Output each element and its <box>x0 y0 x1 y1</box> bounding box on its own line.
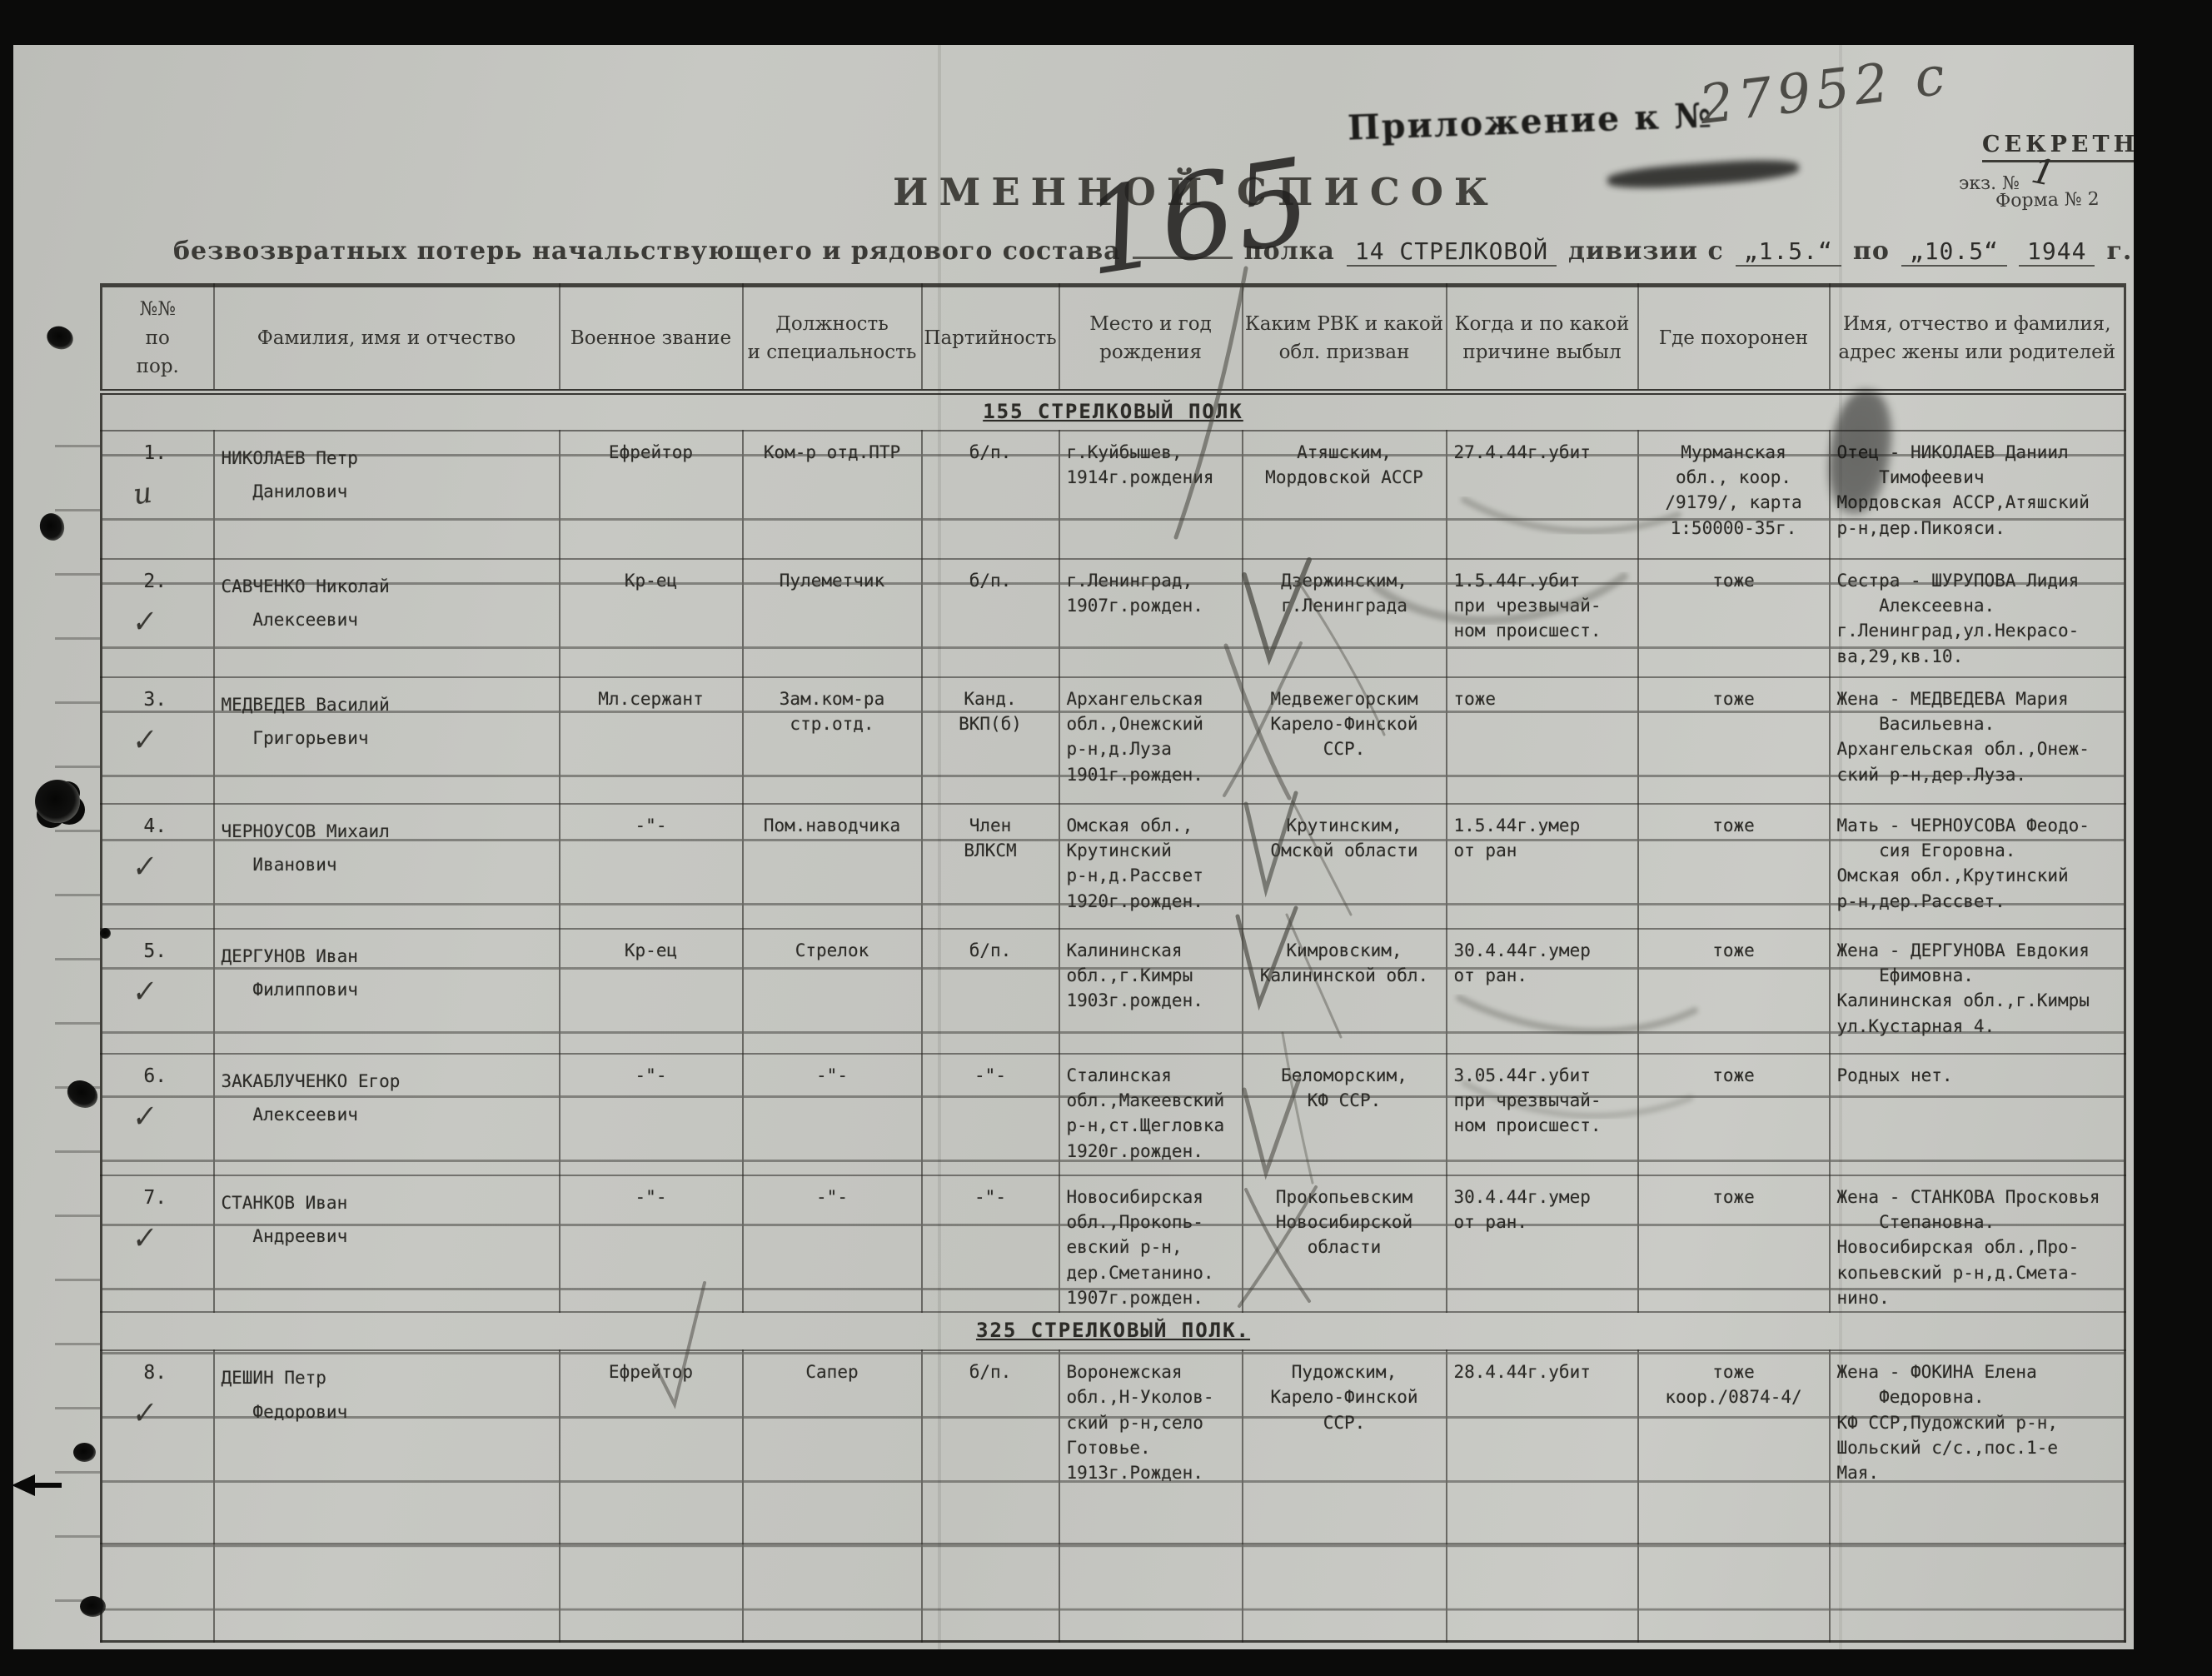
cell-name: ДЕРГУНОВ Иван Филиппович <box>214 929 560 1054</box>
cell-rvk: Дзержинским, г.Ленинграда <box>1243 559 1447 677</box>
cell-num: 5.✓ <box>102 929 214 1054</box>
cell-name: САВЧЕНКО Николай Алексеевич <box>214 559 560 677</box>
empty-cell <box>1638 1544 1830 1642</box>
cell-num: 8.✓ <box>102 1350 214 1544</box>
row-number: 4. <box>143 816 167 837</box>
handwritten-checkmark: ✓ <box>102 845 185 889</box>
handwritten-checkmark: ✓ <box>102 1392 185 1436</box>
table-row: 7.✓ СТАНКОВ Иван Андреевич -"- -"- -"- Н… <box>102 1175 2125 1312</box>
cell-num: 6.✓ <box>102 1054 214 1175</box>
cell-name: ЧЕРНОУСОВ Михаил Иванович <box>214 804 560 929</box>
cell-party: б/п. <box>922 929 1059 1054</box>
header-rank: Военное звание <box>560 286 743 392</box>
cell-name: СТАНКОВ Иван Андреевич <box>214 1175 560 1312</box>
cell-position: Пом.наводчика <box>743 804 922 929</box>
cell-party: б/п. <box>922 559 1059 677</box>
cell-num: 1.и <box>102 431 214 559</box>
cell-rvk: Медвежегорским Карело-Финской ССР. <box>1243 677 1447 804</box>
cell-fate: 30.4.44г.умер от ран. <box>1447 1175 1638 1312</box>
header-name: Фамилия, имя и отчество <box>214 286 560 392</box>
cell-name: НИКОЛАЕВ Петр Данилович <box>214 431 560 559</box>
table-row: 2.✓ САВЧЕНКО Николай Алексеевич Кр-ец Пу… <box>102 559 2125 677</box>
section-row-155: 155 СТРЕЛКОВЫЙ ПОЛК <box>102 392 2125 431</box>
cell-rank: Мл.сержант <box>560 677 743 804</box>
cell-burial: тоже <box>1638 929 1830 1054</box>
cell-position: -"- <box>743 1175 922 1312</box>
table-row: 3.✓ МЕДВЕДЕВ Василий Григорьевич Мл.серж… <box>102 677 2125 804</box>
cell-num: 2.✓ <box>102 559 214 677</box>
header-party: Партийность <box>922 286 1059 392</box>
cell-position: Сапер <box>743 1350 922 1544</box>
division-value: 14 СТРЕЛКОВОЙ <box>1347 237 1557 267</box>
cell-fate: 28.4.44г.убит <box>1447 1350 1638 1544</box>
header-num: №№ по пор. <box>102 286 214 392</box>
empty-cell <box>743 1544 922 1642</box>
section-title: 155 СТРЕЛКОВЫЙ ПОЛК <box>102 392 2125 431</box>
header-family: Имя, отчество и фамилия, адрес жены или … <box>1830 286 2125 392</box>
cell-birth: Сталинская обл.,Макеевский р-н,ст.Щеглов… <box>1059 1054 1243 1175</box>
table-body: 155 СТРЕЛКОВЫЙ ПОЛК 1.и НИКОЛАЕВ Петр Да… <box>102 392 2125 1642</box>
casualty-table: №№ по пор. Фамилия, имя и отчество Военн… <box>100 283 2124 1643</box>
cell-birth: Архангельская обл.,Онежский р-н,д.Луза 1… <box>1059 677 1243 804</box>
cell-rvk: Пудожским, Карело-Финской ССР. <box>1243 1350 1447 1544</box>
empty-cell <box>1830 1544 2125 1642</box>
header-fate: Когда и по какой причине выбыл <box>1447 286 1638 392</box>
punch-hole <box>73 1443 96 1462</box>
cell-position: Пулеметчик <box>743 559 922 677</box>
cell-rvk: Атяшским, Мордовской АССР <box>1243 431 1447 559</box>
section-title: 325 СТРЕЛКОВЫЙ ПОЛК. <box>102 1312 2125 1350</box>
cell-position: Ком-р отд.ПТР <box>743 431 922 559</box>
empty-cell <box>922 1544 1059 1642</box>
subtitle-division-label: дивизии с <box>1568 237 1724 266</box>
section-155-label: 155 СТРЕЛКОВЫЙ ПОЛК <box>983 400 1243 423</box>
cell-num: 7.✓ <box>102 1175 214 1312</box>
cell-family: Сестра - ШУРУПОВА Лидия Алексеевна. г.Ле… <box>1830 559 2125 677</box>
cell-birth: Воронежская обл.,Н-Уколов- ский р-н,село… <box>1059 1350 1243 1544</box>
cell-family: Жена - ФОКИНА Елена Федоровна. КФ ССР,Пу… <box>1830 1350 2125 1544</box>
cell-rank: Ефрейтор <box>560 1350 743 1544</box>
scan-border <box>2134 0 2212 1676</box>
table-row: 5.✓ ДЕРГУНОВ Иван Филиппович Кр-ец Стрел… <box>102 929 2125 1054</box>
cell-name: МЕДВЕДЕВ Василий Григорьевич <box>214 677 560 804</box>
cell-rank: Ефрейтор <box>560 431 743 559</box>
year-value: 1944 <box>2019 237 2095 267</box>
cell-birth: Новосибирская обл.,Прокопь- евский р-н, … <box>1059 1175 1243 1312</box>
empty-cell <box>560 1544 743 1642</box>
handwritten-checkmark: ✓ <box>102 1095 185 1139</box>
header-birth: Место и год рождения <box>1059 286 1243 392</box>
row-number: 5. <box>143 940 167 962</box>
handwritten-checkmark: и <box>102 471 185 516</box>
cell-position: Стрелок <box>743 929 922 1054</box>
header-rvk: Каким РВК и какой обл. призван <box>1243 286 1447 392</box>
row-number: 7. <box>143 1187 167 1209</box>
ink-mark-arrow <box>12 1474 65 1496</box>
empty-cell <box>1243 1544 1447 1642</box>
handwritten-checkmark: ✓ <box>102 970 185 1014</box>
cell-rank: Кр-ец <box>560 559 743 677</box>
row-number: 2. <box>143 571 167 592</box>
empty-row <box>102 1544 2125 1642</box>
cell-rank: -"- <box>560 804 743 929</box>
cell-fate: 1.5.44г.убит при чрезвычай- ном происшес… <box>1447 559 1638 677</box>
row-number: 3. <box>143 689 167 711</box>
cell-position: -"- <box>743 1054 922 1175</box>
cell-burial: тоже <box>1638 677 1830 804</box>
header-burial: Где похоронен <box>1638 286 1830 392</box>
ink-blot <box>35 780 80 823</box>
cell-burial: тоже <box>1638 559 1830 677</box>
cell-rank: Кр-ец <box>560 929 743 1054</box>
ruled-margin-lines <box>55 383 100 1628</box>
name-list-table: №№ по пор. Фамилия, имя и отчество Военн… <box>100 283 2126 1643</box>
header-position: Должность и специальность <box>743 286 922 392</box>
table-header: №№ по пор. Фамилия, имя и отчество Военн… <box>102 286 2125 392</box>
table-row: 4.✓ ЧЕРНОУСОВ Михаил Иванович -"- Пом.на… <box>102 804 2125 929</box>
cell-burial: тоже <box>1638 1054 1830 1175</box>
section-row-325: 325 СТРЕЛКОВЫЙ ПОЛК. <box>102 1312 2125 1350</box>
row-number: 8. <box>143 1362 167 1384</box>
form-number-label: Форма № 2 <box>1995 189 2100 212</box>
cell-burial: тоже <box>1638 1175 1830 1312</box>
cell-family: Родных нет. <box>1830 1054 2125 1175</box>
empty-cell <box>214 1544 560 1642</box>
cell-burial: тоже коор./0874-4/ <box>1638 1350 1830 1544</box>
scan-border <box>0 1649 2212 1676</box>
cell-fate: 1.5.44г.умер от ран <box>1447 804 1638 929</box>
cell-fate: 3.05.44г.убит при чрезвычай- ном происше… <box>1447 1054 1638 1175</box>
cell-rvk: Крутинским, Омской области <box>1243 804 1447 929</box>
cell-name: ДЕШИН Петр Федорович <box>214 1350 560 1544</box>
cell-name: ЗАКАБЛУЧЕНКО Егор Алексеевич <box>214 1054 560 1175</box>
scan-border <box>0 0 13 1676</box>
table-row: 8.✓ ДЕШИН Петр Федорович Ефрейтор Сапер … <box>102 1350 2125 1544</box>
cell-rvk: Прокопьевским Новосибирской области <box>1243 1175 1447 1312</box>
cell-birth: Омская обл., Крутинский р-н,д.Рассвет 19… <box>1059 804 1243 929</box>
cell-birth: Калининская обл.,г.Кимры 1903г.рожден. <box>1059 929 1243 1054</box>
cell-party: -"- <box>922 1175 1059 1312</box>
cell-fate: 30.4.44г.умер от ран. <box>1447 929 1638 1054</box>
handwritten-checkmark: ✓ <box>102 1216 185 1260</box>
cell-rvk: Кимровским, Калининской обл. <box>1243 929 1447 1054</box>
cell-rank: -"- <box>560 1054 743 1175</box>
cell-birth: г.Ленинград, 1907г.рожден. <box>1059 559 1243 677</box>
row-number: 1. <box>143 442 167 464</box>
cell-party: б/п. <box>922 1350 1059 1544</box>
scanned-document: Приложение к № 27952 с СЕКРЕТНО экз. № 1… <box>0 0 2212 1676</box>
table-row: 6.✓ ЗАКАБЛУЧЕНКО Егор Алексеевич -"- -"-… <box>102 1054 2125 1175</box>
subtitle-po-label: по <box>1853 237 1890 266</box>
cell-fate: 27.4.44г.убит <box>1447 431 1638 559</box>
handwritten-checkmark: ✓ <box>102 600 185 644</box>
section-325-label: 325 СТРЕЛКОВЫЙ ПОЛК. <box>976 1319 1250 1342</box>
cell-party: Канд. ВКП(б) <box>922 677 1059 804</box>
cell-burial: тоже <box>1638 804 1830 929</box>
cell-burial: Мурманская обл., коор. /9179/, карта 1:5… <box>1638 431 1830 559</box>
empty-cell <box>1447 1544 1638 1642</box>
empty-cell <box>1059 1544 1243 1642</box>
row-number: 6. <box>143 1065 167 1087</box>
date-to-value: „10.5“ <box>1901 237 2007 267</box>
cell-position: Зам.ком-ра стр.отд. <box>743 677 922 804</box>
punch-hole <box>100 928 111 939</box>
cell-rank: -"- <box>560 1175 743 1312</box>
cell-fate: тоже <box>1447 677 1638 804</box>
date-from-value: „1.5.“ <box>1736 237 1841 267</box>
cell-family: Жена - СТАНКОВА Просковья Степановна. Но… <box>1830 1175 2125 1312</box>
cell-birth: г.Куйбышев, 1914г.рождения <box>1059 431 1243 559</box>
scan-border <box>0 0 2212 45</box>
empty-cell <box>102 1544 214 1642</box>
table-row: 1.и НИКОЛАЕВ Петр Данилович Ефрейтор Ком… <box>102 431 2125 559</box>
cell-family: Жена - ДЕРГУНОВА Евдокия Ефимовна. Калин… <box>1830 929 2125 1054</box>
cell-party: -"- <box>922 1054 1059 1175</box>
cell-party: Член ВЛКСМ <box>922 804 1059 929</box>
handwritten-checkmark: ✓ <box>102 718 185 762</box>
punch-hole <box>80 1596 106 1617</box>
cell-family: Мать - ЧЕРНОУСОВА Феодо- сия Егоровна. О… <box>1830 804 2125 929</box>
cell-family: Жена - МЕДВЕДЕВА Мария Васильевна. Архан… <box>1830 677 2125 804</box>
year-suffix-label: г. <box>2106 237 2132 266</box>
cell-rvk: Беломорским, КФ ССР. <box>1243 1054 1447 1175</box>
subtitle-left-text: безвозвратных потерь начальствующего и р… <box>173 237 1121 266</box>
cell-num: 3.✓ <box>102 677 214 804</box>
cell-party: б/п. <box>922 431 1059 559</box>
cell-num: 4.✓ <box>102 804 214 929</box>
